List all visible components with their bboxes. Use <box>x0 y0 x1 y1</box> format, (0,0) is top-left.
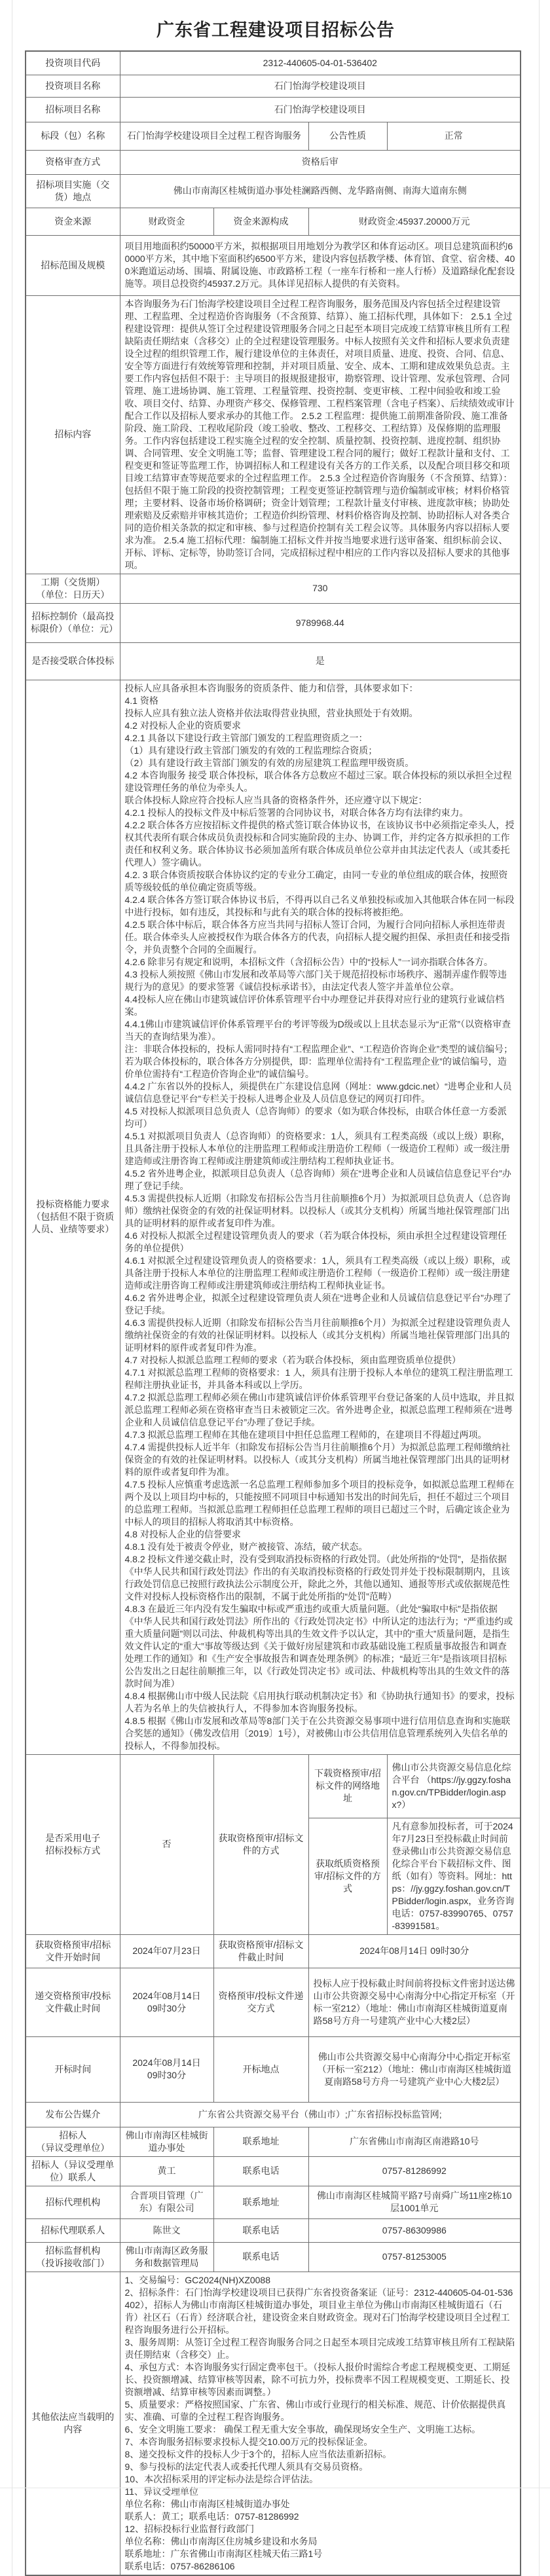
tenderer-address-label: 联系地址 <box>213 2127 308 2156</box>
scope-value: 项目用地面积约50000平方米，拟根据项目用地划分为教学区和体育运动区。项目总建… <box>120 235 521 295</box>
invest-code-label: 投资项目代码 <box>26 51 120 75</box>
invest-name-value: 石门怡海学校建设项目 <box>120 75 521 97</box>
table-row: 招标代理机构 合晋项目管理（广东）有限公司 联系地址 佛山市南海区桂城简平路7号… <box>26 2186 521 2218</box>
announcement-sheet: 广东省工程建设项目招标公告 投资项目代码 2312-440605-04-01-5… <box>12 0 540 2576</box>
table-row: 招标人（异议受理单位）联系人 黄工 联系电话 0757-81286992 <box>26 2156 521 2186</box>
table-row: 工期（交货期） （单位：日历天） 730 <box>26 574 521 603</box>
other-content-label: 其他依法应当载明的内容 <box>26 2272 120 2575</box>
docs-deadline-label: 获取资格预审/招标文件截止时间 <box>213 1934 308 1968</box>
paper-docs-method-label: 获取纸质资格预审/招标文件的方式 <box>308 1818 387 1934</box>
table-row: 发布公告媒介 广东省公共资源交易平台（佛山市）;广东省招标投标监管网; <box>26 2102 521 2127</box>
notice-nature-value: 正常 <box>387 122 521 150</box>
table-row: 是否采用电子 招标投标方式 否 获取资格预审/招标文件的方式 下载资格预审/招标… <box>26 1754 521 1818</box>
funding-value: 财政资金 <box>120 208 213 235</box>
duration-label: 工期（交货期） （单位：日历天） <box>26 574 120 603</box>
funding-composition-value: 财政资金:45937.20000万元 <box>308 208 521 235</box>
agency-contact-value: 陈世文 <box>120 2218 213 2242</box>
agency-phone-label: 联系电话 <box>213 2218 308 2242</box>
opening-time-value: 2024年08月14日 09时30分 <box>120 2036 213 2102</box>
agency-address-label: 联系地址 <box>213 2186 308 2218</box>
qual-review-label: 资格审查方式 <box>26 150 120 174</box>
table-row: 投资项目代码 2312-440605-04-01-536402 <box>26 51 521 75</box>
supervisor-phone-label: 联系电话 <box>213 2242 308 2272</box>
tenderer-contact-value: 黄工 <box>120 2156 213 2186</box>
table-row: 是否接受联合体投标 是 <box>26 642 521 680</box>
supervisor-phone-value: 0757-81253005 <box>308 2242 521 2272</box>
tenderer-phone-value: 0757-81286992 <box>308 2156 521 2186</box>
qual-review-value: 资格后审 <box>120 150 521 174</box>
scope-label: 招标范围及规模 <box>26 235 120 295</box>
electronic-bidding-value: 否 <box>120 1754 213 1934</box>
tender-name-label: 招标项目名称 <box>26 97 120 122</box>
agency-address-value: 佛山市南海区桂城简平路7号南舜广场11座2栋10层1001单元 <box>308 2186 521 2218</box>
media-label: 发布公告媒介 <box>26 2102 120 2127</box>
tender-name-value: 石门怡海学校建设项目 <box>120 97 521 122</box>
consortium-label: 是否接受联合体投标 <box>26 642 120 680</box>
table-row: 招标内容 本咨询服务为石门怡海学校建设项目全过程工程咨询服务，服务范围及内容包括… <box>26 295 521 574</box>
tenderer-label: 招标人 （异议受理单位） <box>26 2127 120 2156</box>
tenderer-value: 佛山市南海区桂城街道办事处 <box>120 2127 213 2156</box>
download-docs-url-label: 下载资格预审/招标文件的网络地址 <box>308 1754 387 1818</box>
obtain-docs-method-label: 获取资格预审/招标文件的方式 <box>213 1754 308 1934</box>
download-docs-url-value: 佛山市公共资源交易信息化综合平台 （https://jy.ggzy.foshan… <box>387 1754 521 1818</box>
table-row: 招标控制价（最高投标限价）（单位：元） 9789968.44 <box>26 603 521 642</box>
tenderer-phone-label: 联系电话 <box>213 2156 308 2186</box>
table-row: 标段（包）名称 石门怡海学校建设项目全过程工程咨询服务 公告性质 正常 <box>26 122 521 150</box>
paper-docs-method-value: 凡有意参加投标者，可于2024年7月23日至投标截止时间前登录佛山市公共资源交易… <box>387 1818 521 1934</box>
page-bottom-divider <box>0 2488 550 2488</box>
table-row: 招标人 （异议受理单位） 佛山市南海区桂城街道办事处 联系地址 广东省佛山市南海… <box>26 2127 521 2156</box>
agency-value: 合晋项目管理（广东）有限公司 <box>120 2186 213 2218</box>
table-row: 投资项目名称 石门怡海学校建设项目 <box>26 75 521 97</box>
supervisor-label: 招标监督机构 （投诉接收部门） <box>26 2242 120 2272</box>
location-value: 佛山市南海区桂城街道办事处桂澜路西侧、龙华路南侧、南海大道南东侧 <box>120 174 521 208</box>
docs-start-time-value: 2024年07月23日 <box>120 1934 213 1968</box>
tenderer-address-value: 广东省佛山市南海区南港路10号 <box>308 2127 521 2156</box>
ceiling-price-label: 招标控制价（最高投标限价）（单位：元） <box>26 603 120 642</box>
ceiling-price-value: 9789968.44 <box>120 603 521 642</box>
opening-time-label: 开标时间 <box>26 2036 120 2102</box>
opening-place-label: 开标地点 <box>213 2036 308 2102</box>
funding-composition-label: 资金来源构成 <box>213 208 308 235</box>
submission-method-value: 投标人应于投标截止时间前将投标文件密封送达佛山市公共资源交易中心南海分中心指定开… <box>308 1968 521 2036</box>
table-row: 招标监督机构 （投诉接收部门） 佛山市南海区政务服务和数据管理局 联系电话 07… <box>26 2242 521 2272</box>
table-row: 招标范围及规模 项目用地面积约50000平方米，拟根据项目用地划分为教学区和体育… <box>26 235 521 295</box>
opening-place-value: 佛山市公共资源交易中心南海分中心指定开标室（开标一室212）（地址：佛山市南海区… <box>308 2036 521 2102</box>
docs-start-time-label: 获取资格预审/招标文件开始时间 <box>26 1934 120 1968</box>
table-row: 开标时间 2024年08月14日 09时30分 开标地点 佛山市公共资源交易中心… <box>26 2036 521 2102</box>
invest-code-value: 2312-440605-04-01-536402 <box>120 51 521 75</box>
qualification-value: 投标人应具备承担本咨询服务的资质条件、能力和信誉，具体要求如下： 4.1 资格 … <box>120 680 521 1754</box>
content-label: 招标内容 <box>26 295 120 574</box>
agency-phone-value: 0757-86309986 <box>308 2218 521 2242</box>
agency-label: 招标代理机构 <box>26 2186 120 2218</box>
agency-contact-label: 招标代理联系人 <box>26 2218 120 2242</box>
section-value: 石门怡海学校建设项目全过程工程咨询服务 <box>120 122 308 150</box>
table-row: 投标资格能力要求（包括但不限于资质人员、业绩等要求） 投标人应具备承担本咨询服务… <box>26 680 521 1754</box>
announcement-table: 投资项目代码 2312-440605-04-01-536402 投资项目名称 石… <box>25 50 521 2576</box>
other-content-value: 1、交易编号：GC2024(NH)XZ0088 2、招标条件：石门怡海学校建设项… <box>120 2272 521 2575</box>
announcement-page: 广东省工程建设项目招标公告 投资项目代码 2312-440605-04-01-5… <box>0 0 550 2499</box>
table-row: 招标项目名称 石门怡海学校建设项目 <box>26 97 521 122</box>
electronic-bidding-label: 是否采用电子 招标投标方式 <box>26 1754 120 1934</box>
table-row: 其他依法应当载明的内容 1、交易编号：GC2024(NH)XZ0088 2、招标… <box>26 2272 521 2575</box>
table-row: 资格审查方式 资格后审 <box>26 150 521 174</box>
location-label: 招标项目实施（交货）地点 <box>26 174 120 208</box>
table-row: 招标项目实施（交货）地点 佛山市南海区桂城街道办事处桂澜路西侧、龙华路南侧、南海… <box>26 174 521 208</box>
notice-nature-label: 公告性质 <box>308 122 387 150</box>
media-value: 广东省公共资源交易平台（佛山市）;广东省招标投标监管网; <box>120 2102 521 2127</box>
duration-value: 730 <box>120 574 521 603</box>
table-row: 获取资格预审/招标文件开始时间 2024年07月23日 获取资格预审/招标文件截… <box>26 1934 521 1968</box>
table-row: 招标代理联系人 陈世文 联系电话 0757-86309986 <box>26 2218 521 2242</box>
table-row: 资金来源 财政资金 资金来源构成 财政资金:45937.20000万元 <box>26 208 521 235</box>
consortium-value: 是 <box>120 642 521 680</box>
submission-method-label: 资格预审/投标文件递交方式 <box>213 1968 308 2036</box>
section-label: 标段（包）名称 <box>26 122 120 150</box>
content-value: 本咨询服务为石门怡海学校建设项目全过程工程咨询服务，服务范围及内容包括全过程建设… <box>120 295 521 574</box>
submission-deadline-label: 递交资格预审/投标文件截止时间 <box>26 1968 120 2036</box>
docs-deadline-value: 2024年08月14日 09时30分 <box>308 1934 521 1968</box>
submission-deadline-value: 2024年08月14日 09时30分 <box>120 1968 213 2036</box>
supervisor-value: 佛山市南海区政务服务和数据管理局 <box>120 2242 213 2272</box>
tenderer-contact-label: 招标人（异议受理单位）联系人 <box>26 2156 120 2186</box>
funding-label: 资金来源 <box>26 208 120 235</box>
invest-name-label: 投资项目名称 <box>26 75 120 97</box>
table-row: 递交资格预审/投标文件截止时间 2024年08月14日 09时30分 资格预审/… <box>26 1968 521 2036</box>
qualification-label: 投标资格能力要求（包括但不限于资质人员、业绩等要求） <box>26 680 120 1754</box>
page-title: 广东省工程建设项目招标公告 <box>12 16 539 41</box>
